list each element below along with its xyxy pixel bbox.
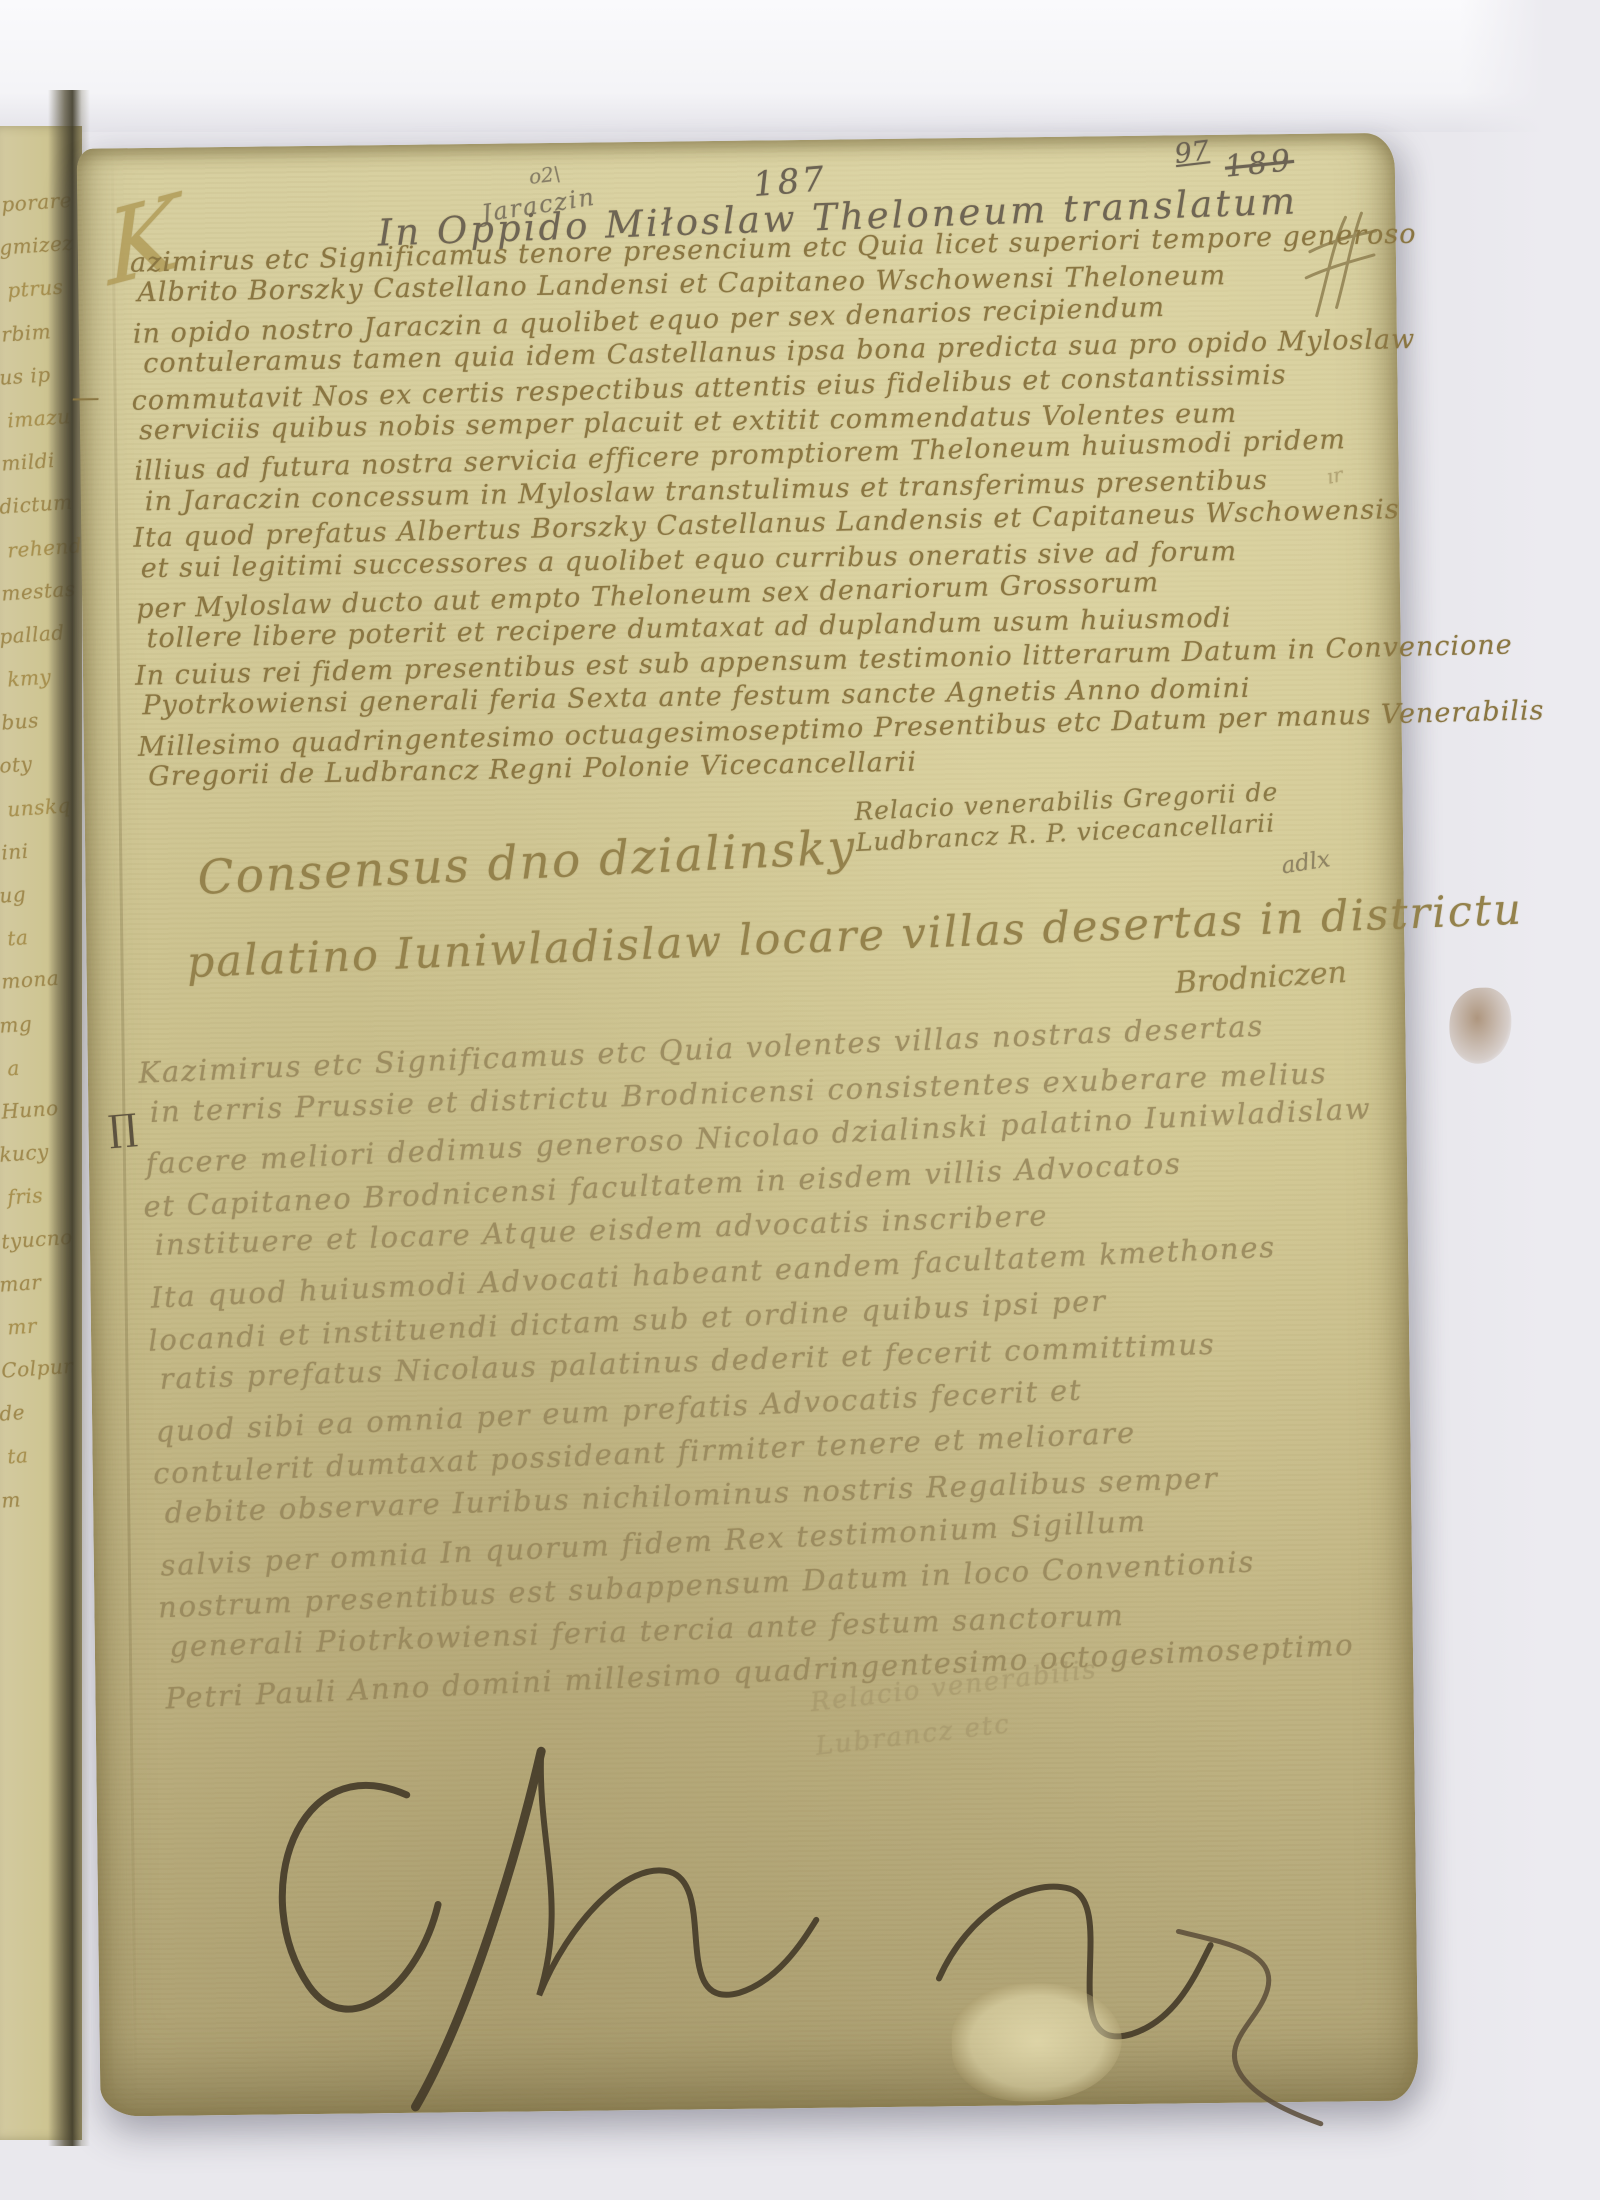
side-note: adlx — [1280, 846, 1332, 879]
document2-text: Kazimirus etc Significamus etc Quia vole… — [138, 1001, 1422, 1716]
margin-paragraph-mark: ∏ — [107, 1107, 139, 1150]
manuscript-scan: poraregmizezptrusrbimus ipimazumildidict… — [0, 0, 1600, 2200]
entry-heading-line3: Brodniczen — [1174, 955, 1348, 1001]
document1-text: azimirus etc Significamus tenore presenc… — [130, 225, 1397, 791]
place-annotation-mark: o2\ — [528, 161, 562, 189]
folio-number-current: 97 — [1173, 135, 1211, 170]
scan-backdrop-right — [1460, 0, 1600, 2200]
relation-note-1: Relacio venerabilis Gregorii de Ludbranc… — [854, 773, 1356, 858]
folio-number-crossed-out: 189 — [1223, 143, 1295, 185]
entry-heading-line1: Consensus dno dzialinsky — [196, 820, 857, 906]
margin-dash: — — [71, 381, 99, 414]
scan-backdrop-top — [0, 0, 1600, 132]
pen-squiggle — [1156, 1923, 1349, 2135]
manuscript-page: o2\ Jaraczin 187 97 189 In Oppido Miłosl… — [77, 133, 1419, 2117]
